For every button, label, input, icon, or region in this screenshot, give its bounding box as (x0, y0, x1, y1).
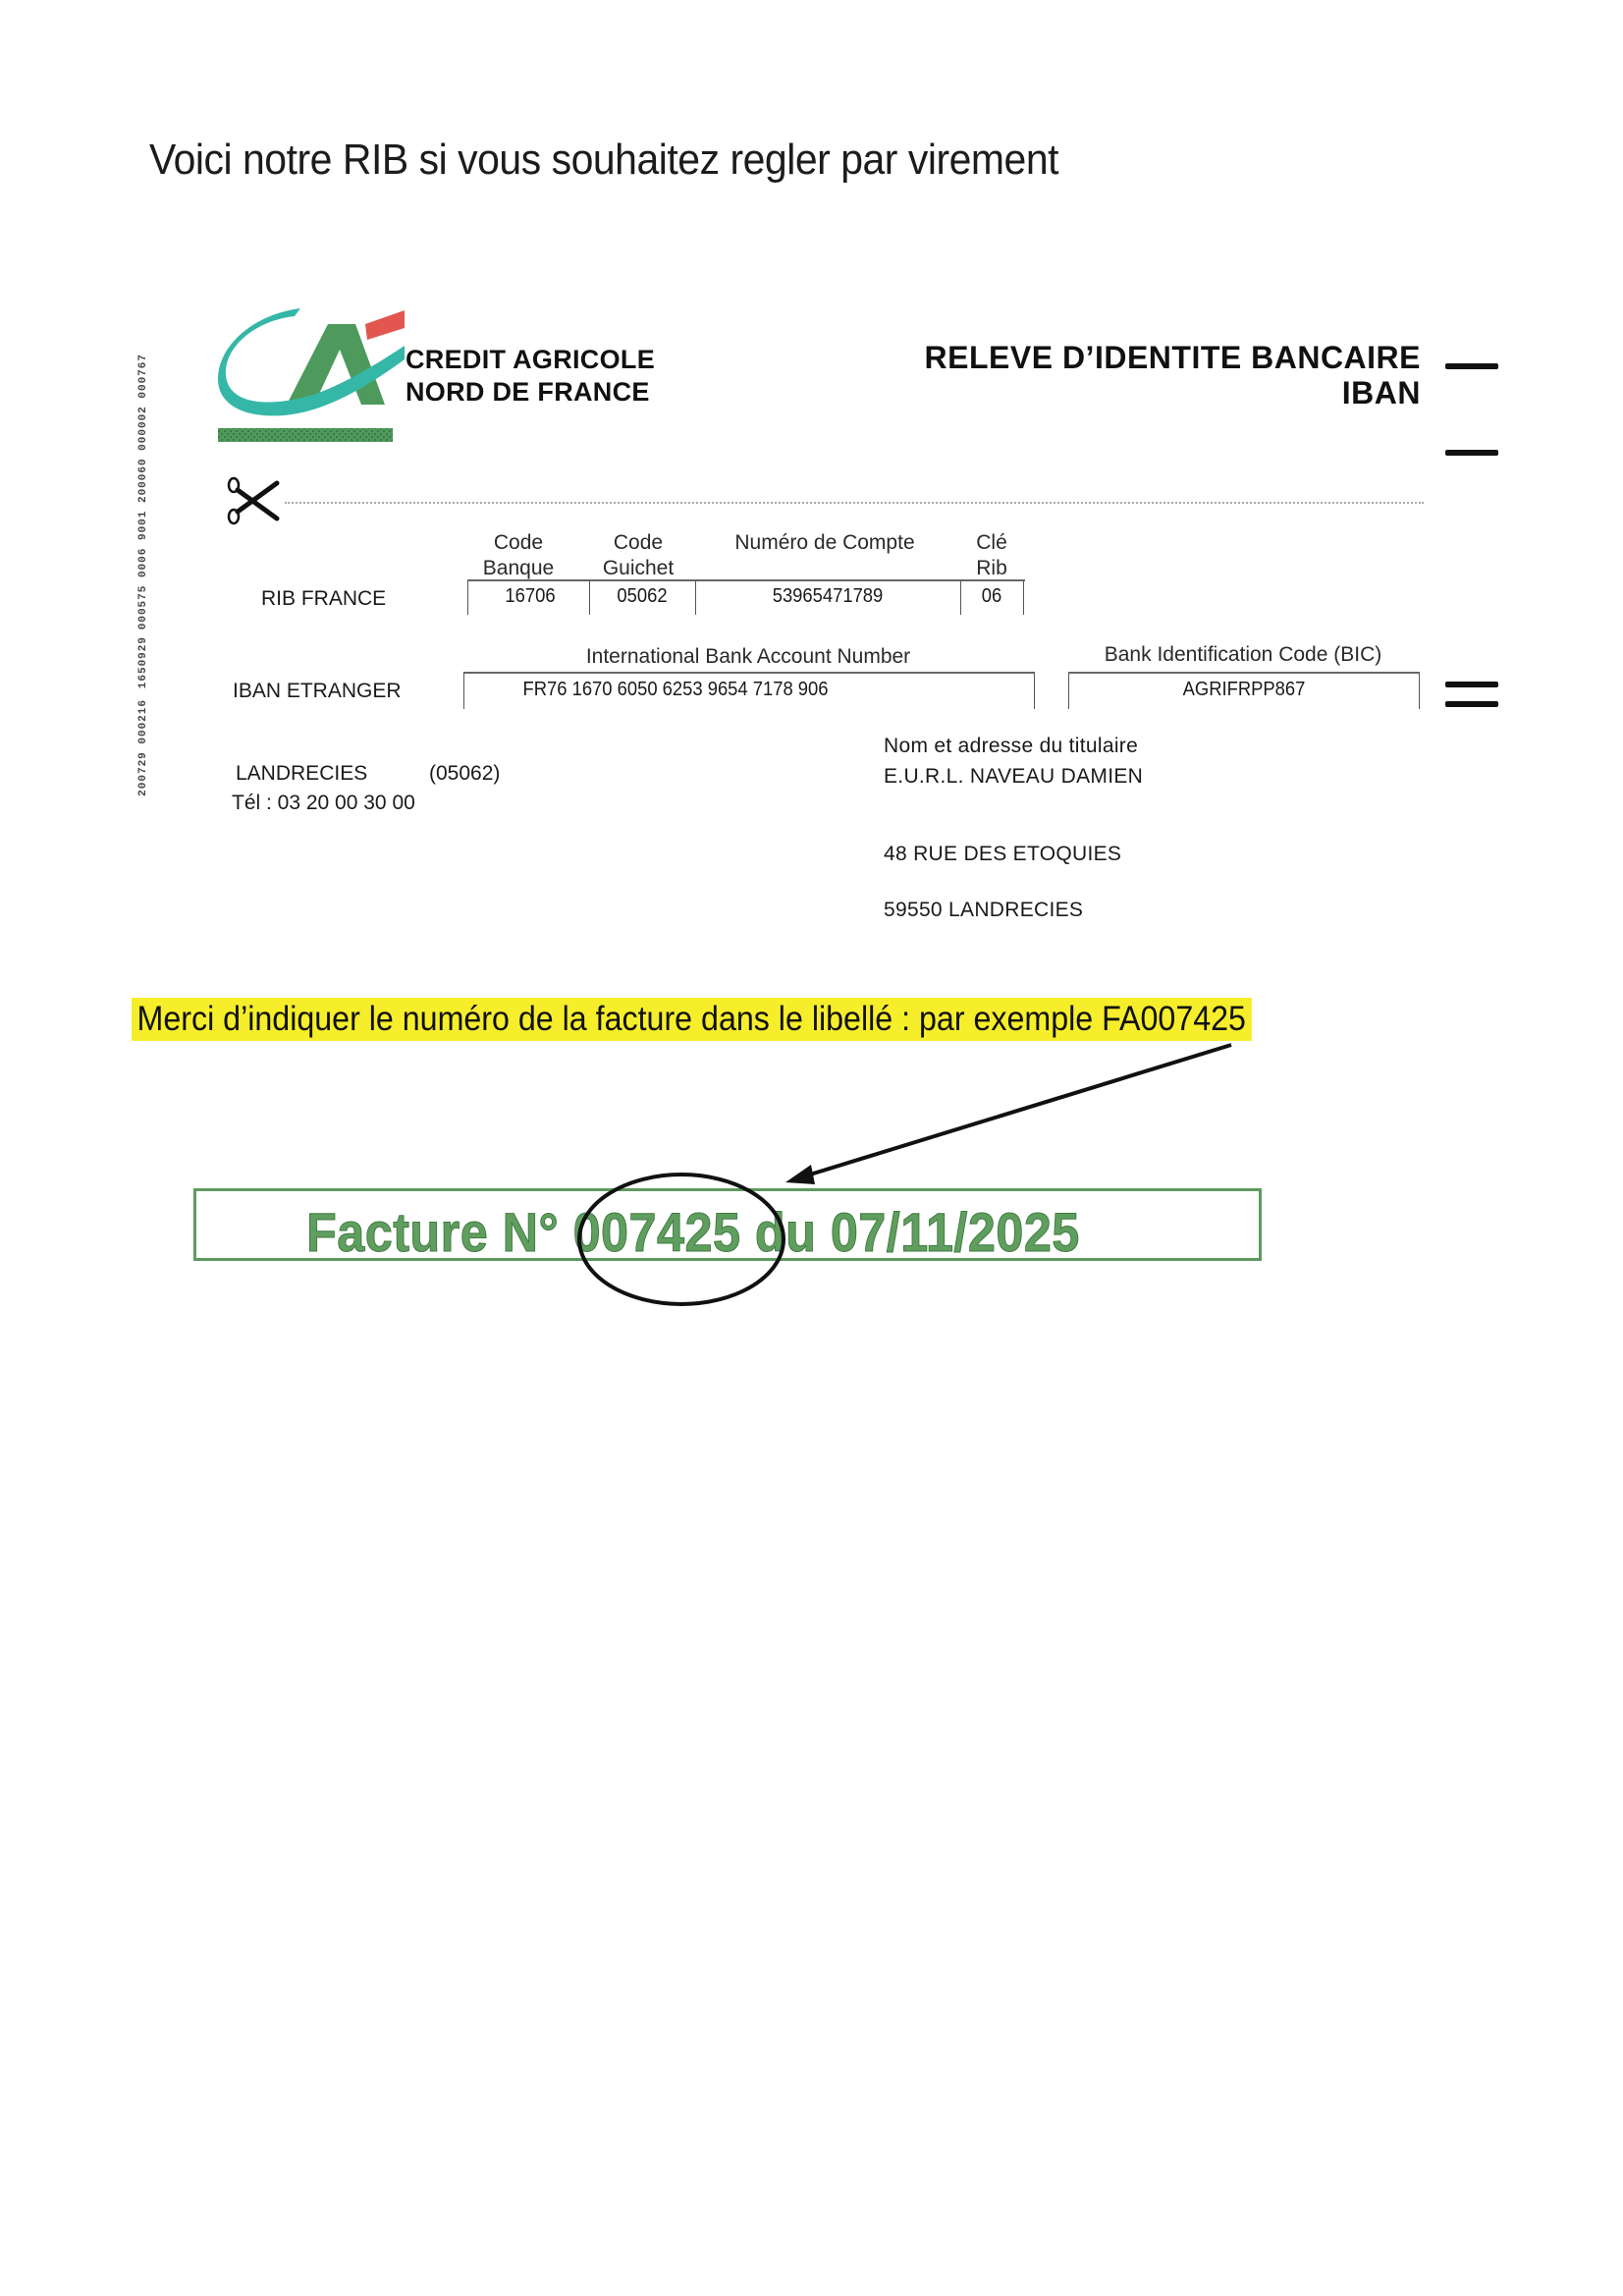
side-number-bottom: 200729 000216 (137, 699, 149, 796)
cut-line (285, 502, 1424, 504)
document-title: RELEVE D’IDENTITE BANCAIRE IBAN (925, 340, 1421, 410)
bic-value: AGRIFRPP867 (1083, 679, 1405, 701)
edge-mark (1445, 363, 1498, 369)
edge-mark (1445, 701, 1498, 707)
bank-name-line1: CREDIT AGRICOLE (406, 344, 655, 376)
bank-name: CREDIT AGRICOLE NORD DE FRANCE (406, 344, 655, 409)
iban-value: FR76 1670 6050 6253 9654 7178 906 (481, 679, 870, 701)
header-numero-compte: Numéro de Compte (707, 530, 943, 556)
header-code-banque: Code Banque (469, 530, 568, 581)
cle-rib-value: 06 (963, 585, 1021, 608)
bank-name-line2: NORD DE FRANCE (406, 376, 655, 409)
rib-france-box: 16706 05062 53965471789 06 (467, 579, 1025, 615)
payment-reference-notice: Merci d’indiquer le numéro de la facture… (132, 998, 1251, 1041)
side-number-top: 000575 0006 9001 200060 000002 000767 (137, 354, 149, 629)
holder-label: Nom et adresse du titulaire (884, 731, 1143, 761)
side-number-middle: 1650929 (137, 636, 149, 688)
rib-france-label: RIB FRANCE (261, 587, 386, 611)
invoice-example-text: Facture N° 007425 du 07/11/2025 (306, 1200, 1080, 1264)
header-cle-rib: Clé Rib (962, 530, 1021, 581)
code-guichet-value: 05062 (593, 585, 690, 608)
code-banque-value: 16706 (476, 585, 584, 608)
credit-agricole-logo-icon (218, 306, 405, 444)
agency-phone: Tél : 03 20 00 30 00 (232, 792, 415, 815)
holder-address-line2: 59550 LANDRECIES (884, 895, 1143, 925)
document-title-line2: IBAN (925, 375, 1421, 410)
bic-header: Bank Identification Code (BIC) (1068, 642, 1418, 668)
numero-compte-value: 53965471789 (706, 585, 949, 608)
holder-name: E.U.R.L. NAVEAU DAMIEN (884, 761, 1143, 792)
holder-address-line1: 48 RUE DES ETOQUIES (884, 839, 1143, 869)
agency-code: (05062) (429, 762, 500, 786)
iban-box: FR76 1670 6050 6253 9654 7178 906 (463, 672, 1035, 709)
scissors-icon (224, 475, 283, 526)
document-title-line1: RELEVE D’IDENTITE BANCAIRE (925, 340, 1421, 375)
edge-mark (1445, 682, 1498, 687)
header-code-guichet: Code Guichet (589, 530, 687, 581)
bic-box: AGRIFRPP867 (1068, 672, 1420, 709)
account-holder: Nom et adresse du titulaire E.U.R.L. NAV… (884, 731, 1143, 925)
iban-etranger-label: IBAN ETRANGER (233, 680, 402, 703)
iban-header: International Bank Account Number (463, 644, 1033, 670)
intro-text: Voici notre RIB si vous souhaitez regler… (149, 136, 1058, 185)
agency-name: LANDRECIES (236, 762, 367, 786)
edge-mark (1445, 450, 1498, 456)
